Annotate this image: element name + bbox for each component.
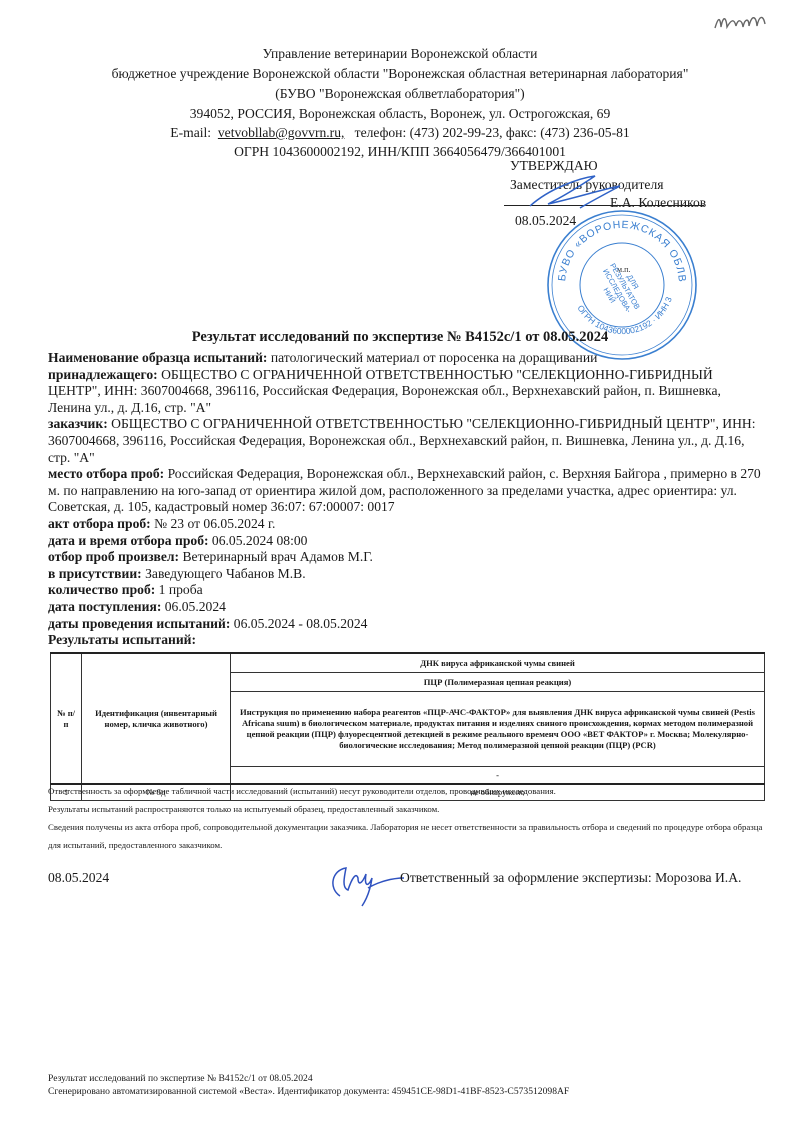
page-footer: Результат исследований по экспертизе № B…: [48, 1073, 569, 1098]
phone-fax: телефон: (473) 202-99-23, факс: (473) 23…: [355, 125, 630, 140]
field-owner: принадлежащего: ОБЩЕСТВО С ОГРАНИЧЕННОЙ …: [48, 367, 763, 417]
field-sampled-by: отбор проб произвел: Ветеринарный врач А…: [48, 549, 763, 566]
header-registration: ОГРН 1043600002192, ИНН/КПП 3664056479/3…: [0, 142, 800, 162]
results-table: № п/п Идентификация (инвентарный номер, …: [50, 652, 765, 801]
field-sample-name: Наименование образца испытаний: патологи…: [48, 350, 763, 367]
col-header-identification: Идентификация (инвентарный номер, кличка…: [82, 653, 231, 784]
signoff-date: 08.05.2024: [48, 870, 109, 886]
email-label: E-mail:: [170, 125, 211, 140]
field-receipt-date: дата поступления: 06.05.2024: [48, 599, 763, 616]
col-header-test-name: ДНК вируса африканской чумы свиней: [231, 653, 765, 673]
note-responsibility: Ответственность за оформление табличной …: [48, 782, 768, 800]
field-results-heading: Результаты испытаний:: [48, 632, 763, 649]
col-header-method: ПЦР (Полимеразная цепная реакция): [231, 673, 765, 692]
email-link[interactable]: vetvobllab@govvrn.ru,: [218, 125, 345, 140]
header-contacts: E-mail: vetvobllab@govvrn.ru, телефон: (…: [0, 123, 800, 143]
col-header-instruction: Инструкция по применению набора реагенто…: [231, 692, 765, 767]
responsible-person: Ответственный за оформление экспертизы: …: [400, 870, 741, 886]
col-header-number: № п/п: [51, 653, 82, 784]
field-sampling-place: место отбора проб: Российская Федерация,…: [48, 466, 763, 516]
handwriting-scribble-icon: [712, 8, 772, 34]
disclaimer-notes: Ответственность за оформление табличной …: [48, 782, 768, 854]
sample-details: Наименование образца испытаний: патологи…: [48, 350, 763, 649]
signature-scribble-icon: [520, 168, 650, 213]
note-scope: Результаты испытаний распространяются то…: [48, 800, 768, 818]
field-sampling-datetime: дата и время отбора проб: 06.05.2024 08:…: [48, 533, 763, 550]
field-in-presence: в присутствии: Заведующего Чабанов М.В.: [48, 566, 763, 583]
footer-document-ref: Результат исследований по экспертизе № B…: [48, 1073, 569, 1086]
header-ministry: Управление ветеринарии Воронежской облас…: [0, 44, 800, 64]
field-sampling-act: акт отбора проб: № 23 от 06.05.2024 г.: [48, 516, 763, 533]
header-address: 394052, РОССИЯ, Воронежская область, Вор…: [0, 104, 800, 124]
document-title: Результат исследований по экспертизе № B…: [0, 329, 800, 346]
field-customer: заказчик: ОБЩЕСТВО С ОГРАНИЧЕННОЙ ОТВЕТС…: [48, 416, 763, 466]
footer-generated-id: Сгенерировано автоматизированной системо…: [48, 1086, 569, 1099]
field-sample-count: количество проб: 1 проба: [48, 582, 763, 599]
handwritten-initials: [712, 8, 772, 39]
header-institution: бюджетное учреждение Воронежской области…: [0, 64, 800, 84]
field-test-dates: даты проведения испытаний: 06.05.2024 - …: [48, 616, 763, 633]
header-short-name: (БУВО "Воронежская облветлаборатория"): [0, 84, 800, 104]
